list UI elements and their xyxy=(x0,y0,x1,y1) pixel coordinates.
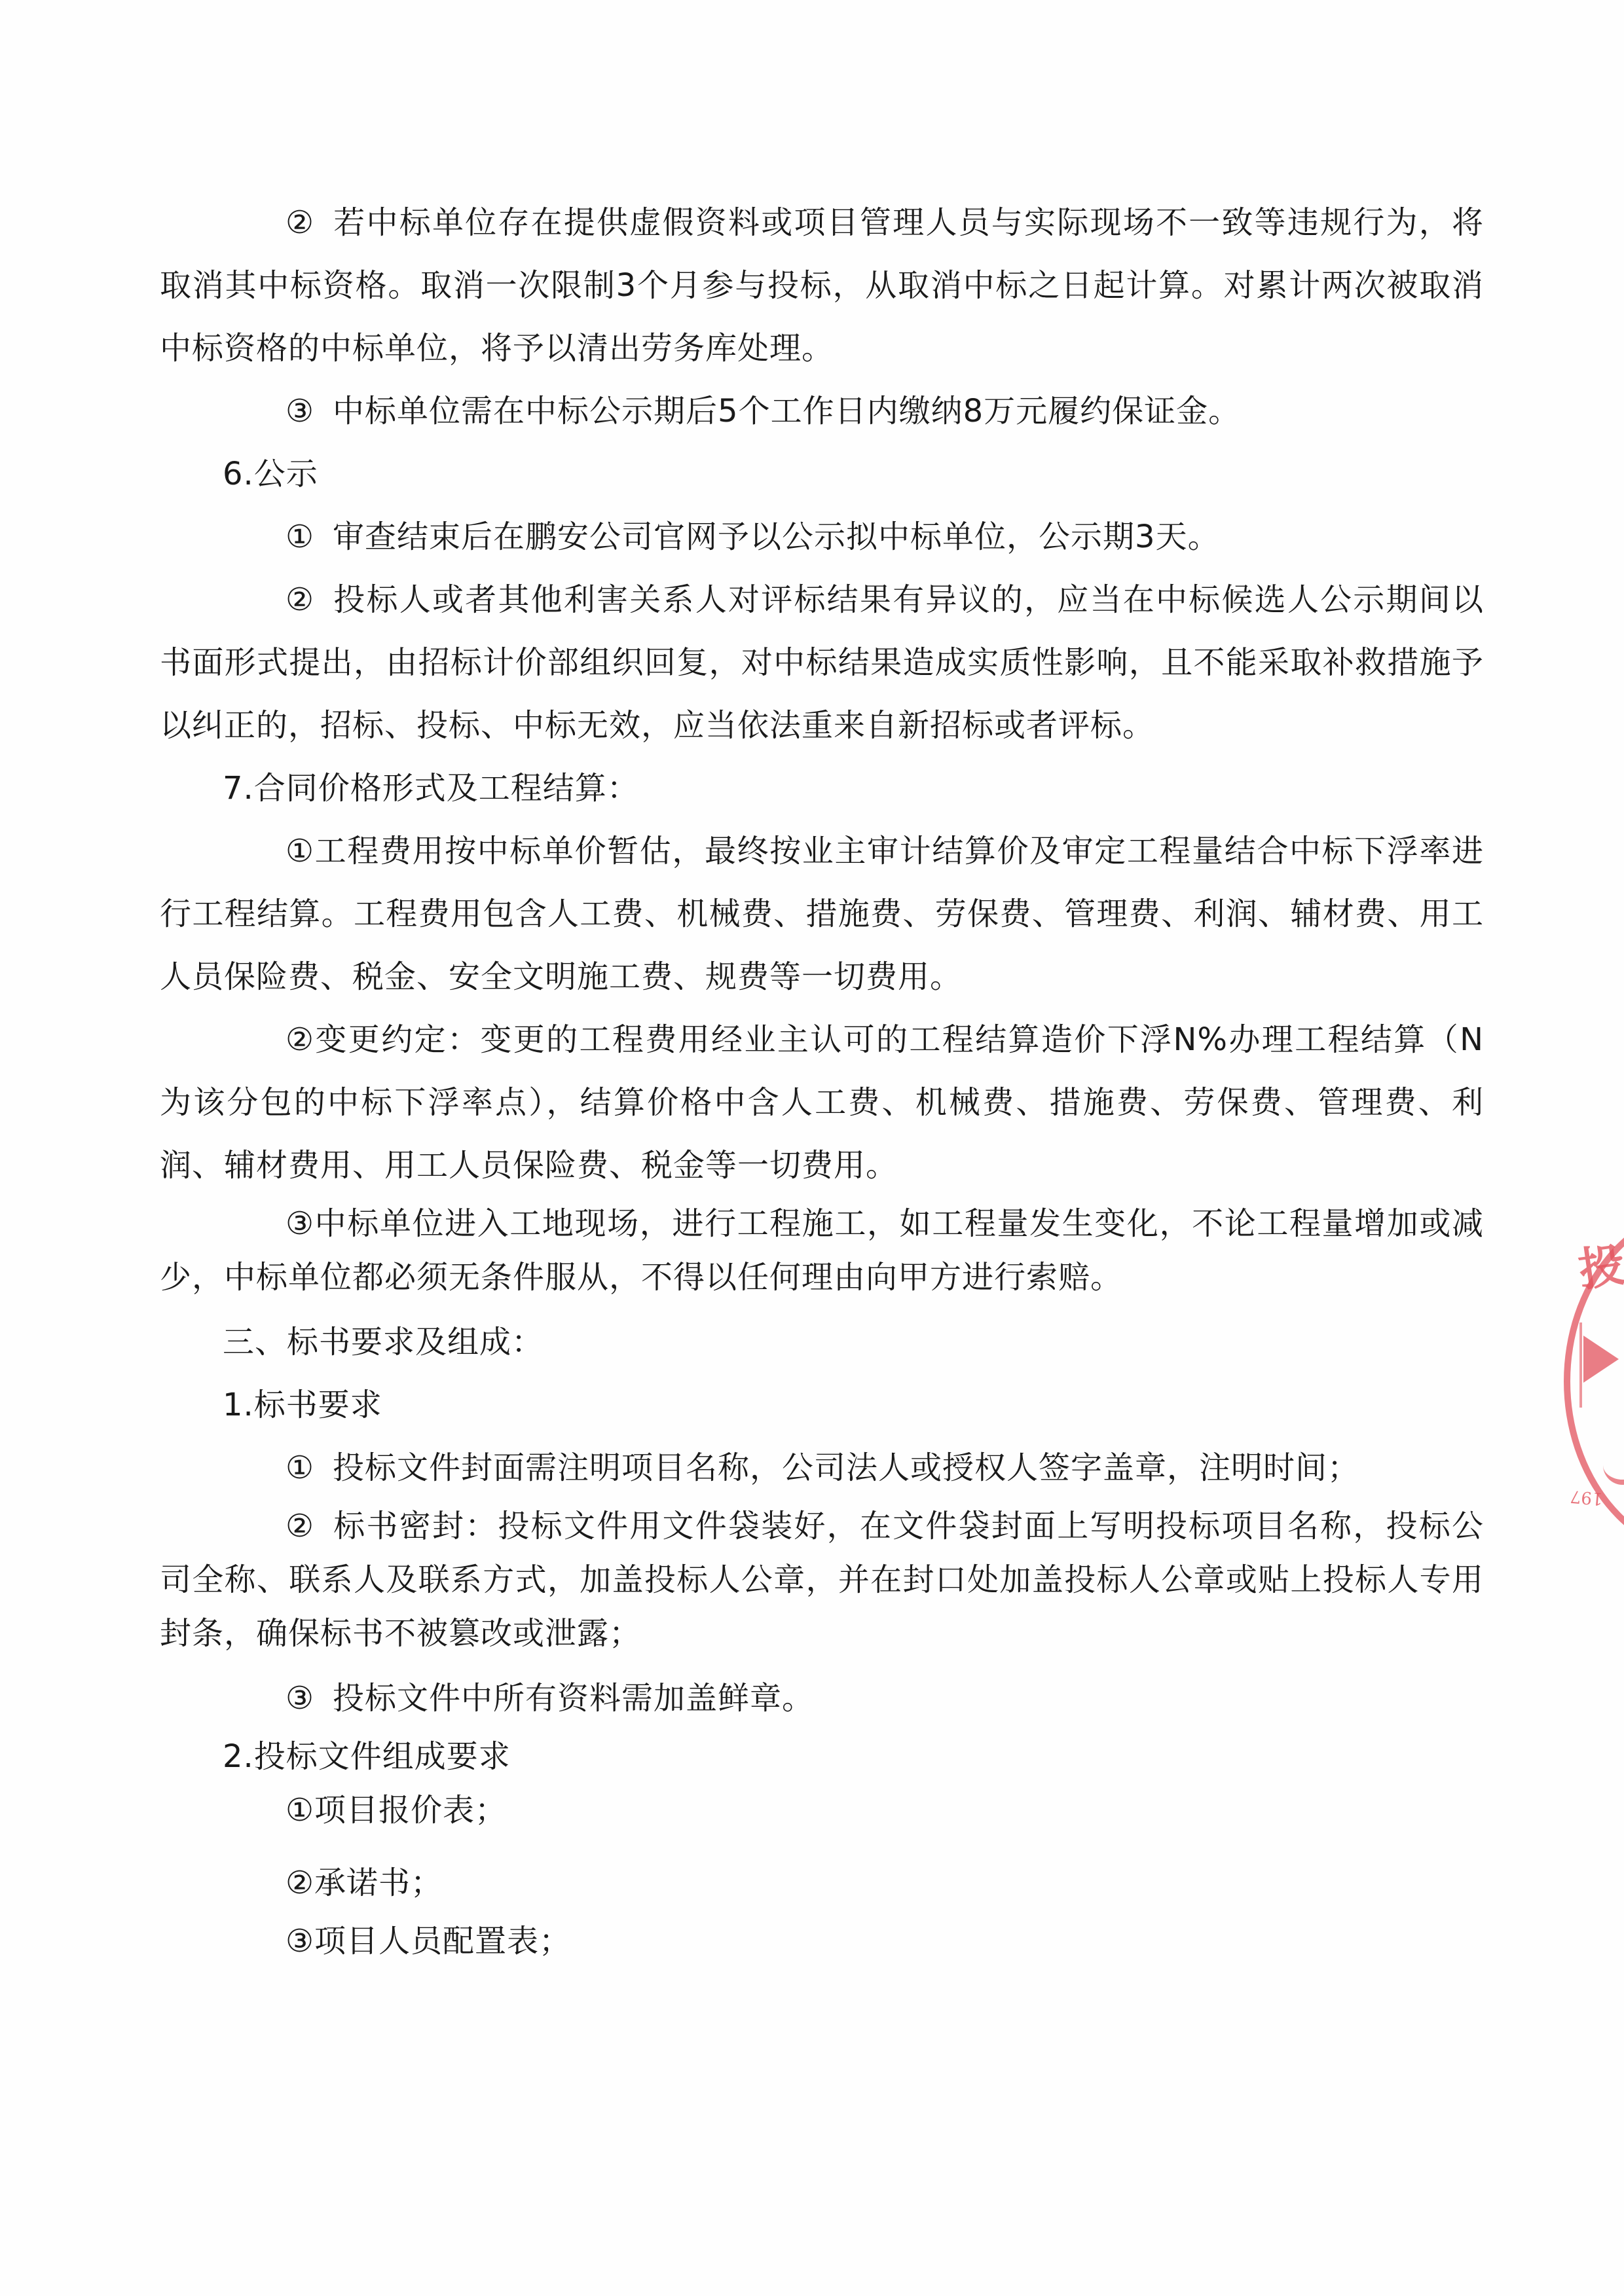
paragraph-text: 中标单位需在中标公示期后5个工作日内缴纳8万元履约保证金。 xyxy=(333,393,1240,429)
seal-arc xyxy=(1603,1453,1624,1485)
section-heading-bid-requirements: 三、标书要求及组成： xyxy=(160,1311,1484,1374)
red-seal-stamp: 投 197 xyxy=(1564,1205,1624,1558)
item-marker: ① xyxy=(223,1783,314,1837)
item-marker: ② xyxy=(223,1499,314,1553)
paragraph-fresh-seal: ③投标文件中所有资料需加盖鲜章。 xyxy=(160,1667,1484,1730)
paragraph-text: 投标文件封面需注明项目名称，公司法人或授权人签字盖章，注明时间； xyxy=(333,1449,1359,1486)
list-item-text: 项目人员配置表； xyxy=(314,1923,571,1959)
paragraph-quantity-change: ③中标单位进入工地现场，进行工程施工，如工程量发生变化，不论工程量增加或减少，中… xyxy=(160,1197,1484,1304)
list-item-text: 项目报价表； xyxy=(314,1792,507,1829)
document-body: ②若中标单位存在提供虚假资料或项目管理人员与实际现场不一致等违规行为，将取消其中… xyxy=(160,191,1484,1968)
seal-triangle-icon xyxy=(1583,1336,1619,1383)
item-marker: ② xyxy=(223,568,314,631)
section-heading-contract-price: 7.合同价格形式及工程结算： xyxy=(160,757,1484,820)
item-marker: ② xyxy=(223,1851,314,1914)
item-marker: ② xyxy=(223,191,314,254)
paragraph-disqualification: ②若中标单位存在提供虚假资料或项目管理人员与实际现场不一致等违规行为，将取消其中… xyxy=(160,191,1484,380)
seal-number: 197 xyxy=(1570,1486,1604,1508)
document-page: ②若中标单位存在提供虚假资料或项目管理人员与实际现场不一致等违规行为，将取消其中… xyxy=(0,0,1624,2296)
paragraph-text: 工程费用按中标单价暂估，最终按业主审计结算价及审定工程量结合中标下浮率进行工程结… xyxy=(160,833,1484,995)
paragraph-text: 标书密封：投标文件用文件袋装好，在文件袋封面上写明投标项目名称，投标公司全称、联… xyxy=(160,1508,1484,1652)
paragraph-text: 投标人或者其他利害关系人对评标结果有异议的，应当在中标候选人公示期间以书面形式提… xyxy=(160,581,1484,744)
paragraph-publicity-period: ①审查结束后在鹏安公司官网予以公示拟中标单位，公示期3天。 xyxy=(160,505,1484,568)
paragraph-change-agreement: ②变更约定：变更的工程费用经业主认可的工程结算造价下浮N%办理工程结算（N为该分… xyxy=(160,1008,1484,1197)
list-item-quotation: ①项目报价表； xyxy=(160,1783,1484,1837)
spacer xyxy=(160,1660,1484,1667)
paragraph-performance-bond: ③中标单位需在中标公示期后5个工作日内缴纳8万元履约保证金。 xyxy=(160,380,1484,443)
paragraph-sealing: ②标书密封：投标文件用文件袋装好，在文件袋封面上写明投标项目名称，投标公司全称、… xyxy=(160,1499,1484,1660)
subheading-bid-requirements: 1.标书要求 xyxy=(160,1374,1484,1436)
item-marker: ③ xyxy=(223,1197,314,1250)
item-marker: ① xyxy=(223,505,314,568)
seal-ring xyxy=(1564,1205,1624,1558)
item-marker: ③ xyxy=(223,380,314,443)
paragraph-cover-requirements: ①投标文件封面需注明项目名称，公司法人或授权人签字盖章，注明时间； xyxy=(160,1436,1484,1499)
paragraph-engineering-cost: ①工程费用按中标单价暂估，最终按业主审计结算价及审定工程量结合中标下浮率进行工程… xyxy=(160,820,1484,1008)
section-heading-publicity: 6.公示 xyxy=(160,443,1484,505)
list-item-staffing: ③项目人员配置表； xyxy=(160,1914,1484,1968)
subheading-bid-composition: 2.投标文件组成要求 xyxy=(160,1730,1484,1783)
item-marker: ③ xyxy=(223,1667,314,1730)
seal-line xyxy=(1579,1322,1582,1408)
paragraph-text: 投标文件中所有资料需加盖鲜章。 xyxy=(333,1680,814,1717)
paragraph-objection: ②投标人或者其他利害关系人对评标结果有异议的，应当在中标候选人公示期间以书面形式… xyxy=(160,568,1484,757)
spacer xyxy=(160,1304,1484,1311)
paragraph-text: 变更约定：变更的工程费用经业主认可的工程结算造价下浮N%办理工程结算（N为该分包… xyxy=(160,1021,1484,1184)
item-marker: ② xyxy=(223,1008,314,1071)
list-item-text: 承诺书； xyxy=(314,1865,443,1901)
item-marker: ① xyxy=(223,1436,314,1499)
item-marker: ① xyxy=(223,820,314,883)
paragraph-text: 中标单位进入工地现场，进行工程施工，如工程量发生变化，不论工程量增加或减少，中标… xyxy=(160,1205,1484,1296)
paragraph-text: 审查结束后在鹏安公司官网予以公示拟中标单位，公示期3天。 xyxy=(333,519,1220,555)
seal-character: 投 xyxy=(1574,1228,1624,1300)
paragraph-text: 若中标单位存在提供虚假资料或项目管理人员与实际现场不一致等违规行为，将取消其中标… xyxy=(160,204,1484,367)
item-marker: ③ xyxy=(223,1914,314,1968)
list-item-commitment: ②承诺书； xyxy=(160,1851,1484,1914)
